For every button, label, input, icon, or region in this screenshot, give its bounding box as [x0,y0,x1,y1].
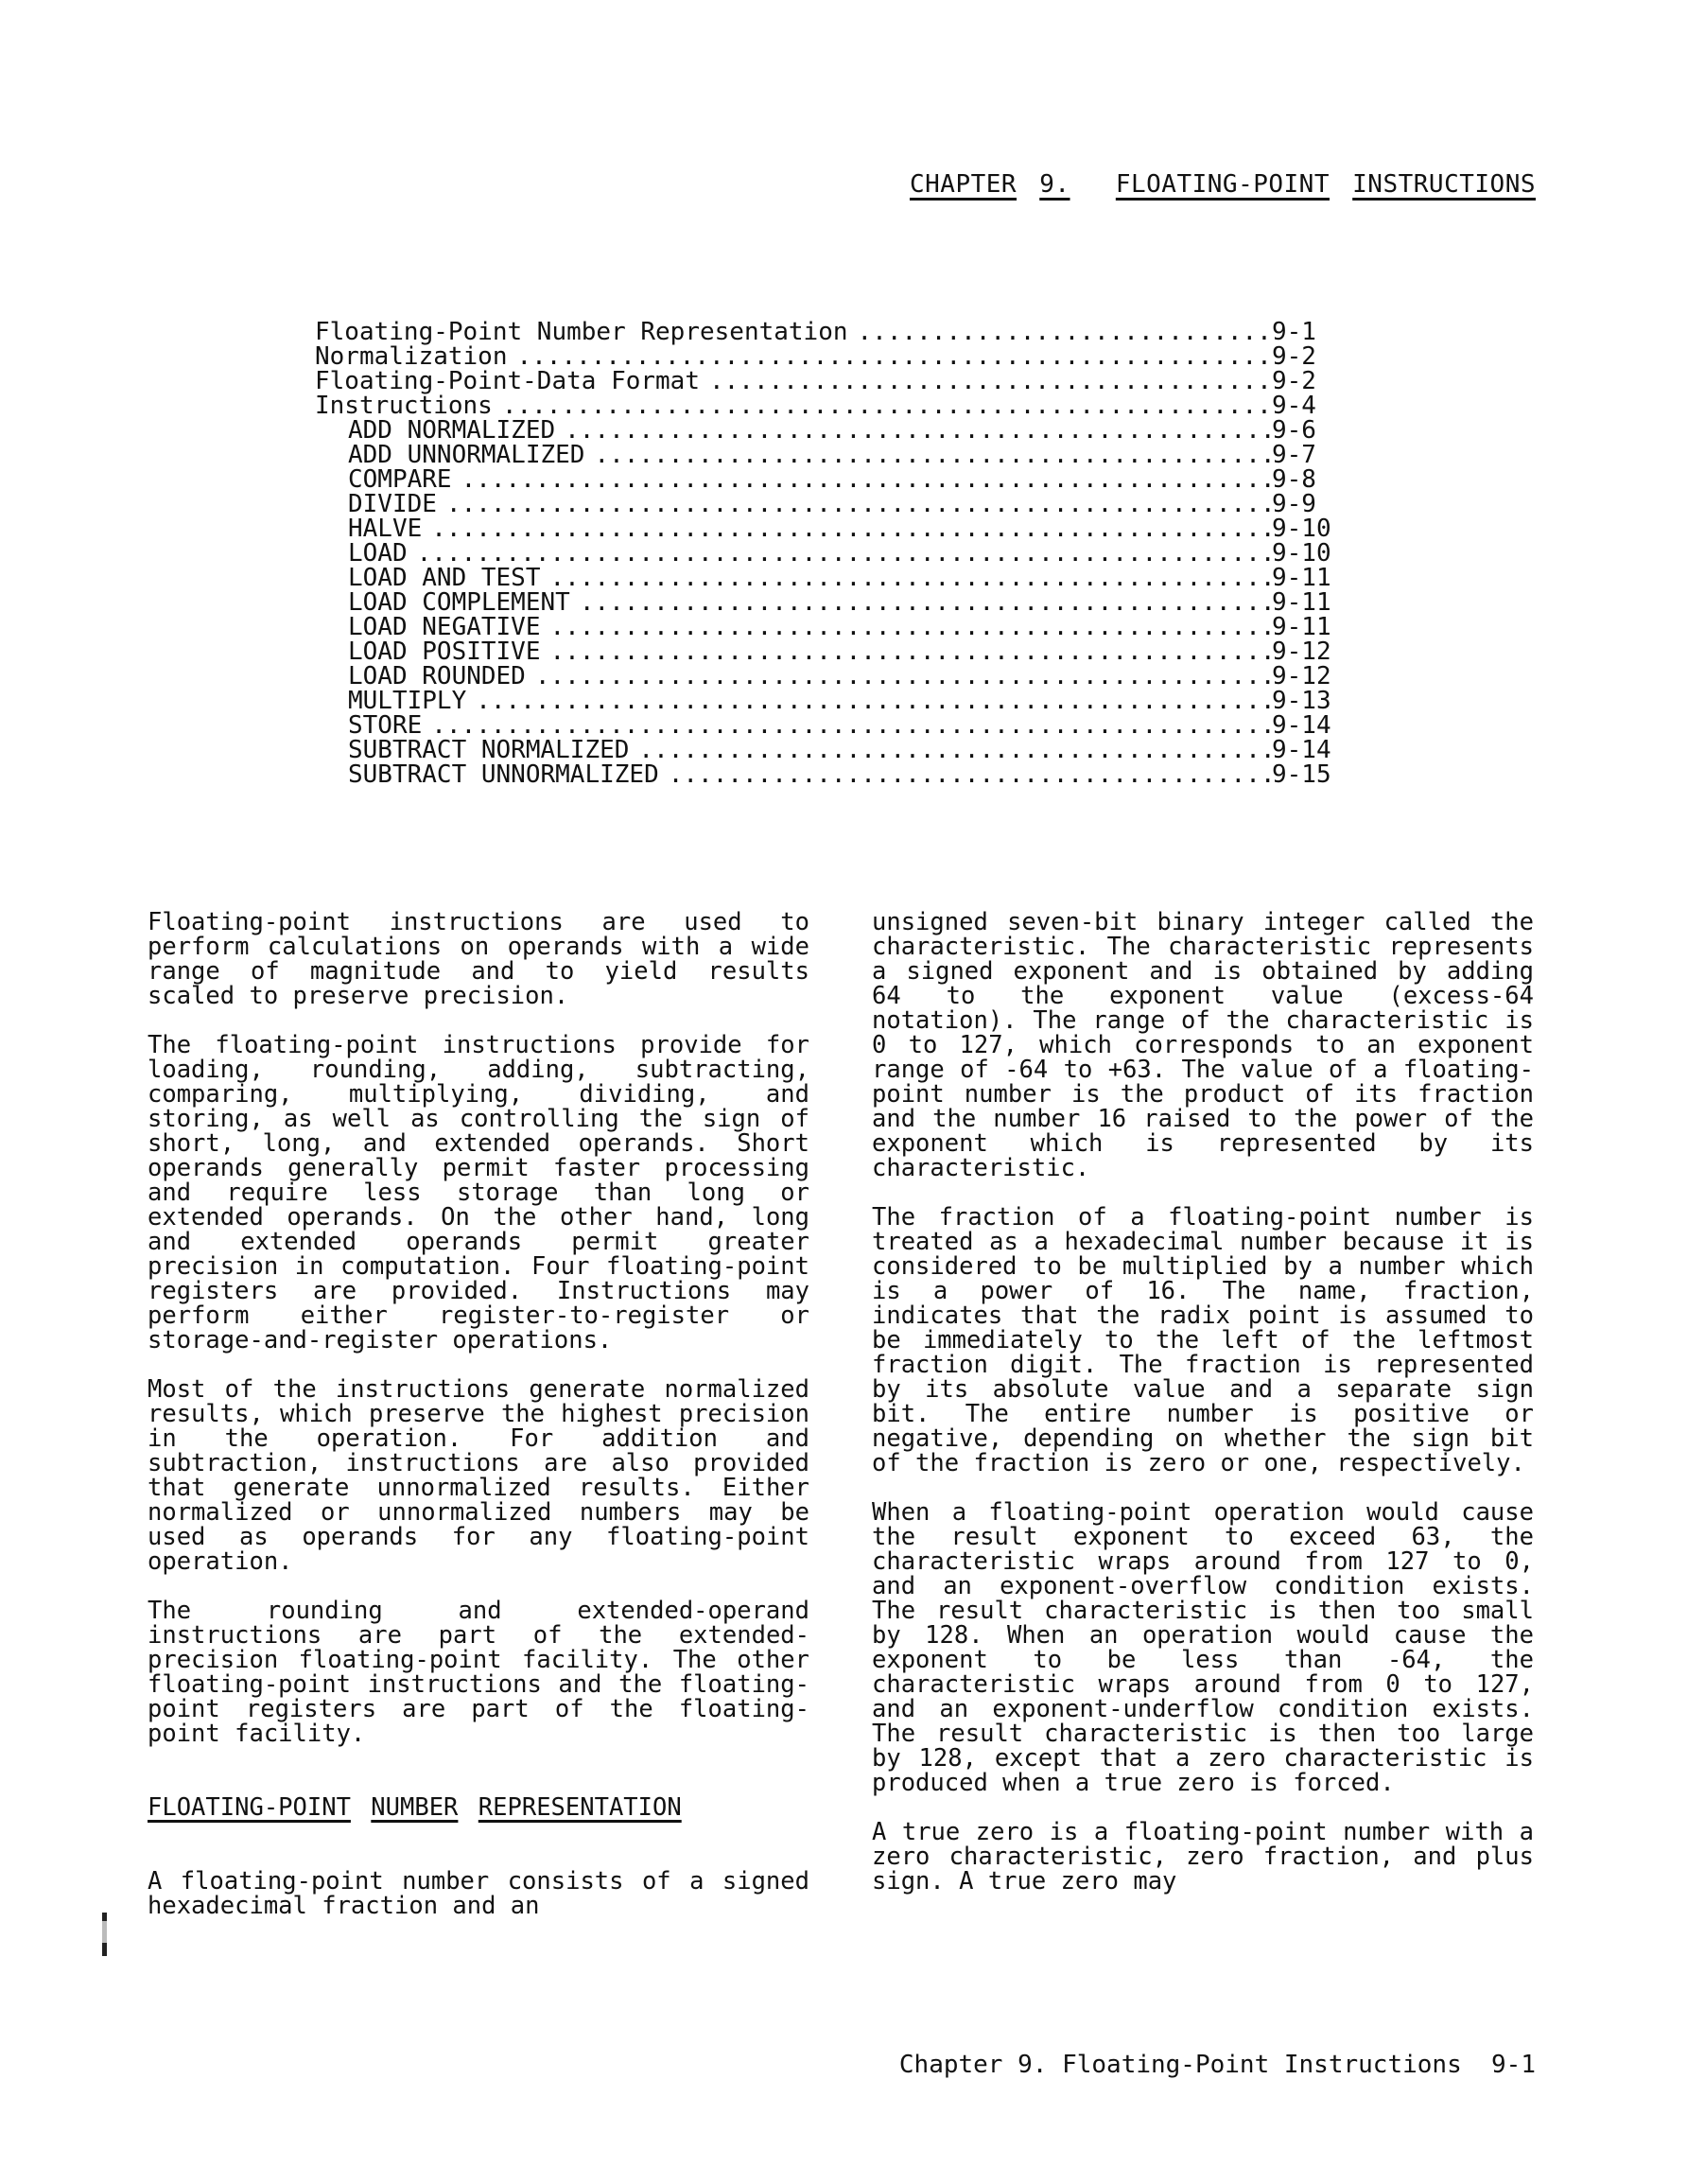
toc-entry[interactable]: Instructions9-4 [315,393,1348,418]
toc-leader-dots [550,566,1273,590]
toc-leader-dots [431,713,1272,738]
toc-leader-dots [709,369,1272,393]
body-paragraph: A floating-point number consists of a si… [148,1869,809,1918]
toc-page-number: 9-7 [1272,443,1348,467]
toc-page-number: 9-14 [1272,713,1348,738]
toc-entry[interactable]: Floating-Point-Data Format9-2 [315,369,1348,393]
body-paragraph: A true zero is a floating-point number w… [872,1820,1534,1894]
toc-page-number: 9-6 [1272,418,1348,443]
toc-label: ADD UNNORMALIZED [348,443,594,467]
toc-leader-dots [517,344,1273,369]
chapter-header: CHAPTER 9. FLOATING-POINT INSTRUCTIONS [910,170,1536,199]
toc-leader-dots [461,467,1272,492]
toc-label: HALVE [348,516,431,541]
toc-leader-dots [565,418,1272,443]
body-paragraph: Floating-point instructions are used to … [148,910,809,1008]
toc-page-number: 9-11 [1272,615,1348,639]
toc-page-number: 9-9 [1272,492,1348,516]
toc-label: Normalization [315,344,517,369]
toc-entry[interactable]: MULTIPLY9-13 [315,689,1348,713]
toc-leader-dots [669,762,1272,787]
toc-leader-dots [431,516,1272,541]
toc-page-number: 9-13 [1272,689,1348,713]
toc-entry[interactable]: Normalization9-2 [315,344,1348,369]
toc-leader-dots [446,492,1272,516]
toc-label: SUBTRACT NORMALIZED [348,738,638,762]
section-heading-word: REPRESENTATION [478,1793,682,1822]
section-heading-word: FLOATING-POINT [148,1793,351,1822]
toc-page-number: 9-10 [1272,541,1348,566]
toc-entry[interactable]: LOAD COMPLEMENT9-11 [315,590,1348,615]
section-heading: FLOATING-POINT NUMBER REPRESENTATION [148,1795,809,1820]
toc-label: Floating-Point Number Representation [315,320,858,344]
toc-entry[interactable]: DIVIDE9-9 [315,492,1348,516]
body-paragraph: The rounding and extended-operand instru… [148,1599,809,1746]
toc-label: LOAD COMPLEMENT [348,590,580,615]
toc-page-number: 9-12 [1272,639,1348,664]
toc-label: Floating-Point-Data Format [315,369,709,393]
toc-leader-dots [638,738,1272,762]
toc-page-number: 9-2 [1272,344,1348,369]
toc-label: Instructions [315,393,502,418]
toc-entry[interactable]: SUBTRACT NORMALIZED9-14 [315,738,1348,762]
toc-leader-dots [858,320,1272,344]
toc-entry[interactable]: LOAD ROUNDED9-12 [315,664,1348,689]
toc-leader-dots [502,393,1272,418]
toc-label: LOAD ROUNDED [348,664,535,689]
body-paragraph: Most of the instructions generate normal… [148,1377,809,1574]
chapter-header-word: 9. [1039,170,1070,199]
page-number: 9-1 [1491,2051,1536,2079]
toc-page-number: 9-14 [1272,738,1348,762]
toc-label: LOAD AND TEST [348,566,550,590]
toc-page-number: 9-4 [1272,393,1348,418]
toc-leader-dots [550,639,1273,664]
chapter-header-word: CHAPTER [910,170,1017,199]
chapter-header-word: INSTRUCTIONS [1352,170,1536,199]
toc-label: LOAD POSITIVE [348,639,550,664]
left-column: Floating-point instructions are used to … [148,910,809,1943]
toc-label: LOAD [348,541,417,566]
toc-entry[interactable]: SUBTRACT UNNORMALIZED9-15 [315,762,1348,787]
toc-entry[interactable]: COMPARE9-8 [315,467,1348,492]
toc-entry[interactable]: LOAD POSITIVE9-12 [315,639,1348,664]
section-heading-word: NUMBER [371,1793,458,1822]
body-paragraph: The floating-point instructions provide … [148,1033,809,1353]
toc-leader-dots [417,541,1272,566]
page-footer: Chapter 9. Floating-Point Instructions 9… [899,2051,1536,2079]
toc-leader-dots [594,443,1272,467]
footer-title: Chapter 9. Floating-Point Instructions [899,2051,1462,2079]
toc-entry[interactable]: ADD UNNORMALIZED9-7 [315,443,1348,467]
body-paragraph: unsigned seven-bit binary integer called… [872,910,1534,1180]
right-column: unsigned seven-bit binary integer called… [872,910,1534,1918]
toc-page-number: 9-11 [1272,590,1348,615]
toc-page-number: 9-11 [1272,566,1348,590]
toc-leader-dots [550,615,1273,639]
toc-label: STORE [348,713,431,738]
toc-page-number: 9-15 [1272,762,1348,787]
toc-label: MULTIPLY [348,689,476,713]
margin-change-bar [102,1913,107,1956]
toc-page-number: 9-10 [1272,516,1348,541]
table-of-contents: Floating-Point Number Representation9-1 … [315,320,1348,787]
body-paragraph: The fraction of a floating-point number … [872,1205,1534,1476]
toc-entry[interactable]: ADD NORMALIZED9-6 [315,418,1348,443]
chapter-header-word: FLOATING-POINT [1116,170,1330,199]
toc-entry[interactable]: Floating-Point Number Representation9-1 [315,320,1348,344]
toc-entry[interactable]: LOAD NEGATIVE9-11 [315,615,1348,639]
toc-label: COMPARE [348,467,461,492]
toc-page-number: 9-1 [1272,320,1348,344]
toc-label: DIVIDE [348,492,446,516]
toc-leader-dots [580,590,1272,615]
toc-page-number: 9-12 [1272,664,1348,689]
toc-leader-dots [476,689,1272,713]
toc-entry[interactable]: LOAD9-10 [315,541,1348,566]
toc-page-number: 9-8 [1272,467,1348,492]
toc-page-number: 9-2 [1272,369,1348,393]
toc-label: LOAD NEGATIVE [348,615,550,639]
body-paragraph: When a floating-point operation would ca… [872,1500,1534,1795]
toc-entry[interactable]: STORE9-14 [315,713,1348,738]
toc-entry[interactable]: LOAD AND TEST9-11 [315,566,1348,590]
toc-leader-dots [535,664,1272,689]
toc-entry[interactable]: HALVE9-10 [315,516,1348,541]
toc-label: ADD NORMALIZED [348,418,565,443]
toc-label: SUBTRACT UNNORMALIZED [348,762,669,787]
